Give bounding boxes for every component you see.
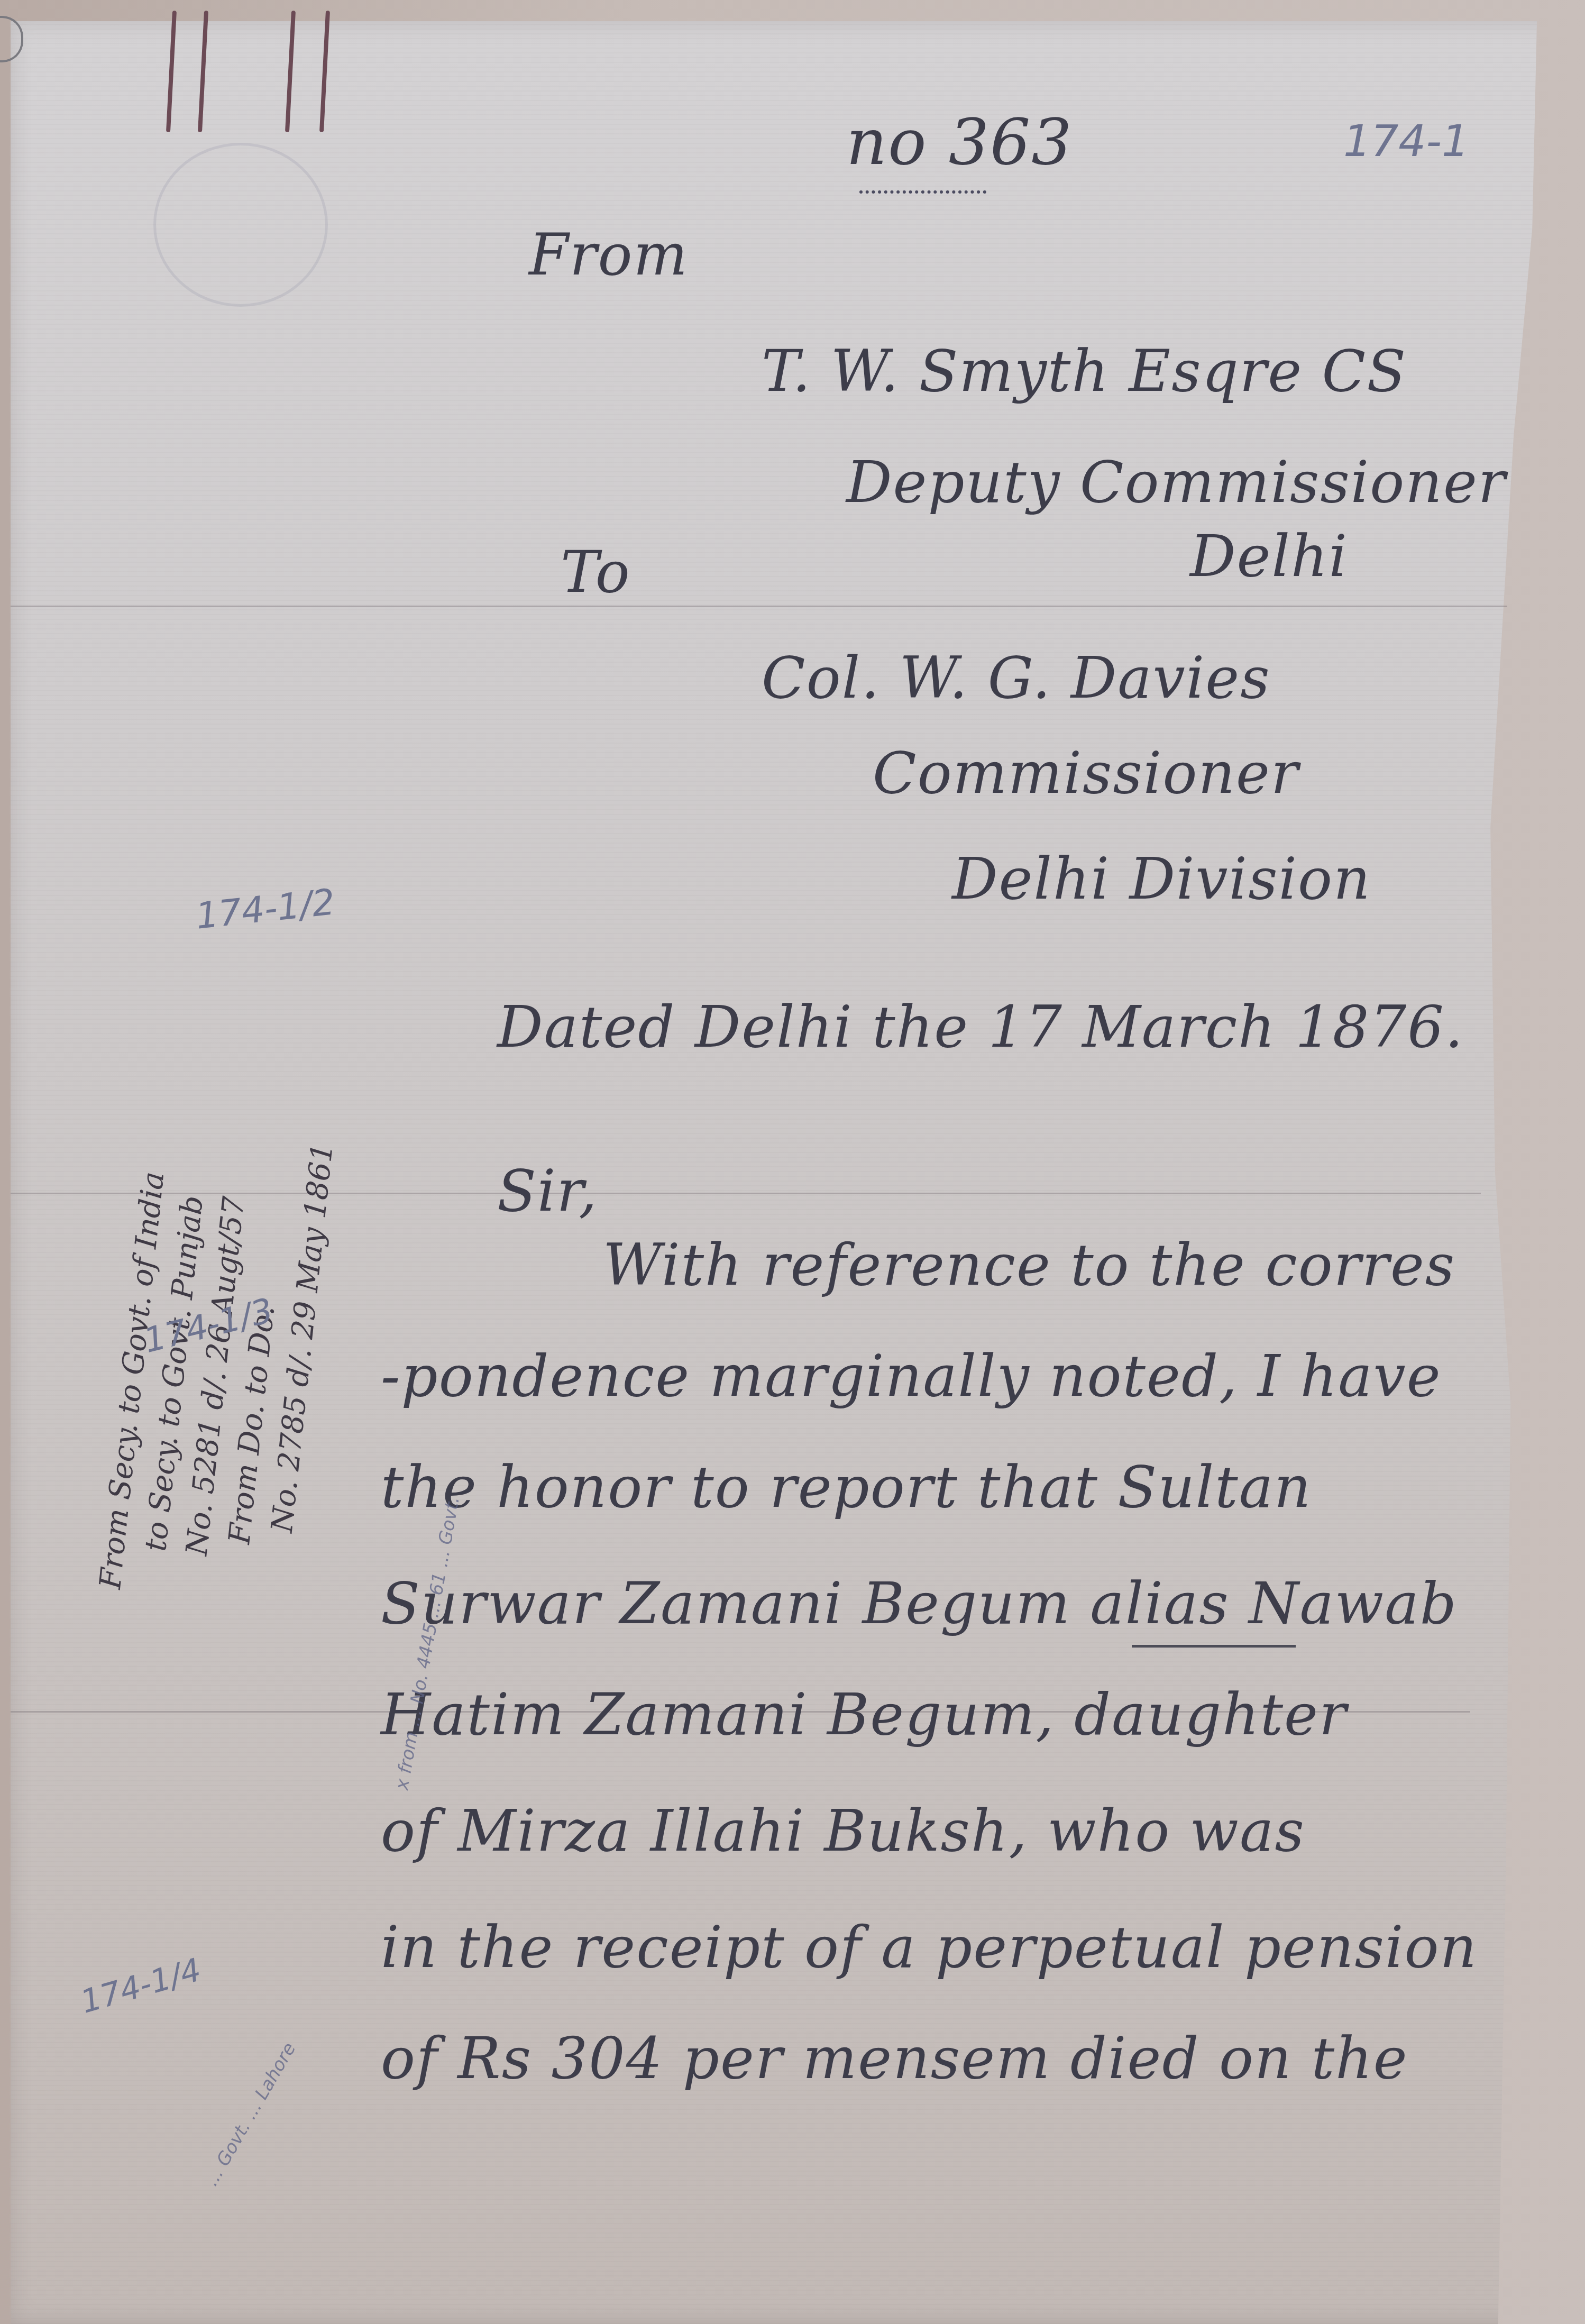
body-line: With reference to the corres <box>603 1232 1455 1298</box>
letter-number: no 363 <box>846 106 1073 179</box>
fold-crease <box>11 606 1507 607</box>
date-line: Dated Delhi the 17 March 1876. <box>497 994 1464 1060</box>
body-line: of Rs 304 per mensem died on the <box>381 2026 1408 2092</box>
sender-title: Deputy Commissioner <box>846 450 1506 516</box>
recipient-name: Col. W. G. Davies <box>762 645 1271 711</box>
body-line: of Mirza Illahi Buksh, who was <box>381 1798 1305 1864</box>
to-label: To <box>561 539 631 606</box>
body-line: -pondence marginally noted, I have <box>381 1343 1442 1410</box>
recipient-place: Delhi Division <box>952 846 1371 912</box>
body-line: the honor to report that Sultan <box>381 1454 1312 1521</box>
alias-underline <box>1132 1645 1296 1648</box>
salutation: Sir, <box>497 1158 598 1224</box>
faded-seal-stamp <box>153 143 328 307</box>
body-line: Hatim Zamani Begum, daughter <box>381 1682 1348 1748</box>
letter-number-underline <box>859 185 986 194</box>
recipient-title: Commissioner <box>873 740 1299 807</box>
body-line: Surwar Zamani Begum alias Nawab <box>381 1571 1458 1637</box>
body-line: in the receipt of a perpetual pension <box>381 1915 1478 1981</box>
folio-number: 174-1 <box>1343 116 1469 167</box>
sender-place: Delhi <box>1190 524 1348 590</box>
from-label: From <box>529 222 689 288</box>
sender-name: T. W. Smyth Esqre CS <box>762 338 1407 405</box>
